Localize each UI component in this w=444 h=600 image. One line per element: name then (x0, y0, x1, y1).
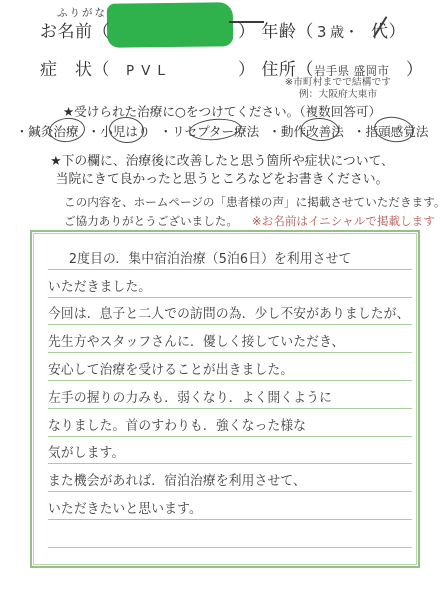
name-label: お名前（ (40, 22, 110, 42)
treatment-option-receptor: ・リセプター療法 (160, 121, 260, 140)
treatment-option-shinkyu: ・鍼灸治療 (16, 121, 79, 140)
symptom-value-handwritten: PVL (110, 63, 238, 79)
address-note-line2: 例：大阪府大東市 (262, 89, 414, 101)
age-close-paren: ） (388, 22, 406, 42)
age-label: 年齢（ (261, 22, 314, 42)
write-prompt: ★下の欄に、治療後に改善したと思う箇所や症状について、 当院にきて良かったと思う… (0, 153, 444, 189)
treatment-option-shitokankaku: ・指頭感覚法 (353, 121, 429, 140)
age-dai-label: 代 (371, 17, 389, 42)
testimonial-line: 2度目の．集中宿泊治療（5泊6日）を利用させて (48, 242, 412, 270)
age-value-handwritten: 3 (317, 23, 327, 41)
write-prompt-line1: ★下の欄に、治療後に改善したと思う箇所や症状について、 (0, 153, 444, 171)
testimonial-line: また機会があれば．宿泊治療を利用させて、 (48, 464, 412, 492)
treatment-option-label: ・鍼灸治療 (16, 124, 79, 139)
address-note-line1: ※市町村までで結構です (262, 77, 414, 89)
testimonial-line: 今回は．息子と二人での訪問の為．少し不安がありましたが、 (48, 298, 412, 326)
symptom-label: 症 状（ (40, 60, 110, 80)
testimonial-empty-line (48, 548, 412, 565)
testimonial-empty-line (48, 520, 412, 548)
testimonial-line: 左手の握りの力みも．弱くなり．よく開くように (48, 381, 412, 409)
name-close-paren: ） (238, 22, 256, 42)
treatment-option-label: ・リセプター療法 (160, 124, 260, 139)
publish-notice: この内容を、ホームページの「患者様の声」に掲載させていただきます。 (64, 193, 444, 212)
write-prompt-line2: 当院にきて良かったと思うところなどをお書きください。 (0, 171, 444, 189)
thanks-text: ご協力ありがとうございました。 (64, 214, 238, 228)
circle-treatments-prompt: ★受けられた治療に○をつけてください。（複数回答可） (0, 101, 444, 120)
testimonial-line: 気がします。 (48, 437, 412, 465)
testimonial-line: なりました。首のすわりも．強くなった様な (48, 409, 412, 437)
testimonial-line: いただきたいと思います。 (48, 492, 412, 520)
initials-note-red: ※お名前はイニシャルで掲載します (252, 214, 435, 228)
testimonial-line: いただきました。 (48, 270, 412, 298)
name-age-row: お名前（） 年齢（3歳・代） (40, 17, 406, 42)
thanks-line: ご協力ありがとうございました。※お名前はイニシャルで掲載します (64, 212, 444, 231)
treatment-option-label: ・指頭感覚法 (353, 124, 429, 139)
treatment-option-label: ・動作改善法 (268, 124, 344, 139)
treatment-options-row: ・鍼灸治療 ・小児はり ・リセプター療法 ・動作改善法 ・指頭感覚法 (0, 121, 444, 140)
treatment-option-shonihari: ・小児はり (88, 121, 151, 140)
testimonial-line: 先生方やスタッフさんに．優しく接していただき、 (48, 325, 412, 353)
testimonial-box: 2度目の．集中宿泊治療（5泊6日）を利用させて いただきました。 今回は．息子と… (30, 230, 420, 568)
address-notes: ※市町村までで結構です 例：大阪府大東市 (262, 77, 414, 100)
publish-notice-block: この内容を、ホームページの「患者様の声」に掲載させていただきます。 ご協力ありが… (64, 193, 444, 230)
treatment-option-dosakaizen: ・動作改善法 (268, 121, 344, 140)
patient-feedback-form: ふりがな お名前（） 年齢（3歳・代） 症 状（PVL） 住所（岩手県 盛岡市）… (0, 0, 444, 600)
treatment-option-label: ・小児はり (88, 124, 151, 139)
testimonial-ruled-area: 2度目の．集中宿泊治療（5泊6日）を利用させて いただきました。 今回は．息子と… (33, 233, 417, 565)
age-unit-label: 歳・ (330, 25, 359, 41)
symptom-close-paren: ） (238, 60, 256, 80)
testimonial-line: 安心して治療を受けることが出きました。 (48, 353, 412, 381)
